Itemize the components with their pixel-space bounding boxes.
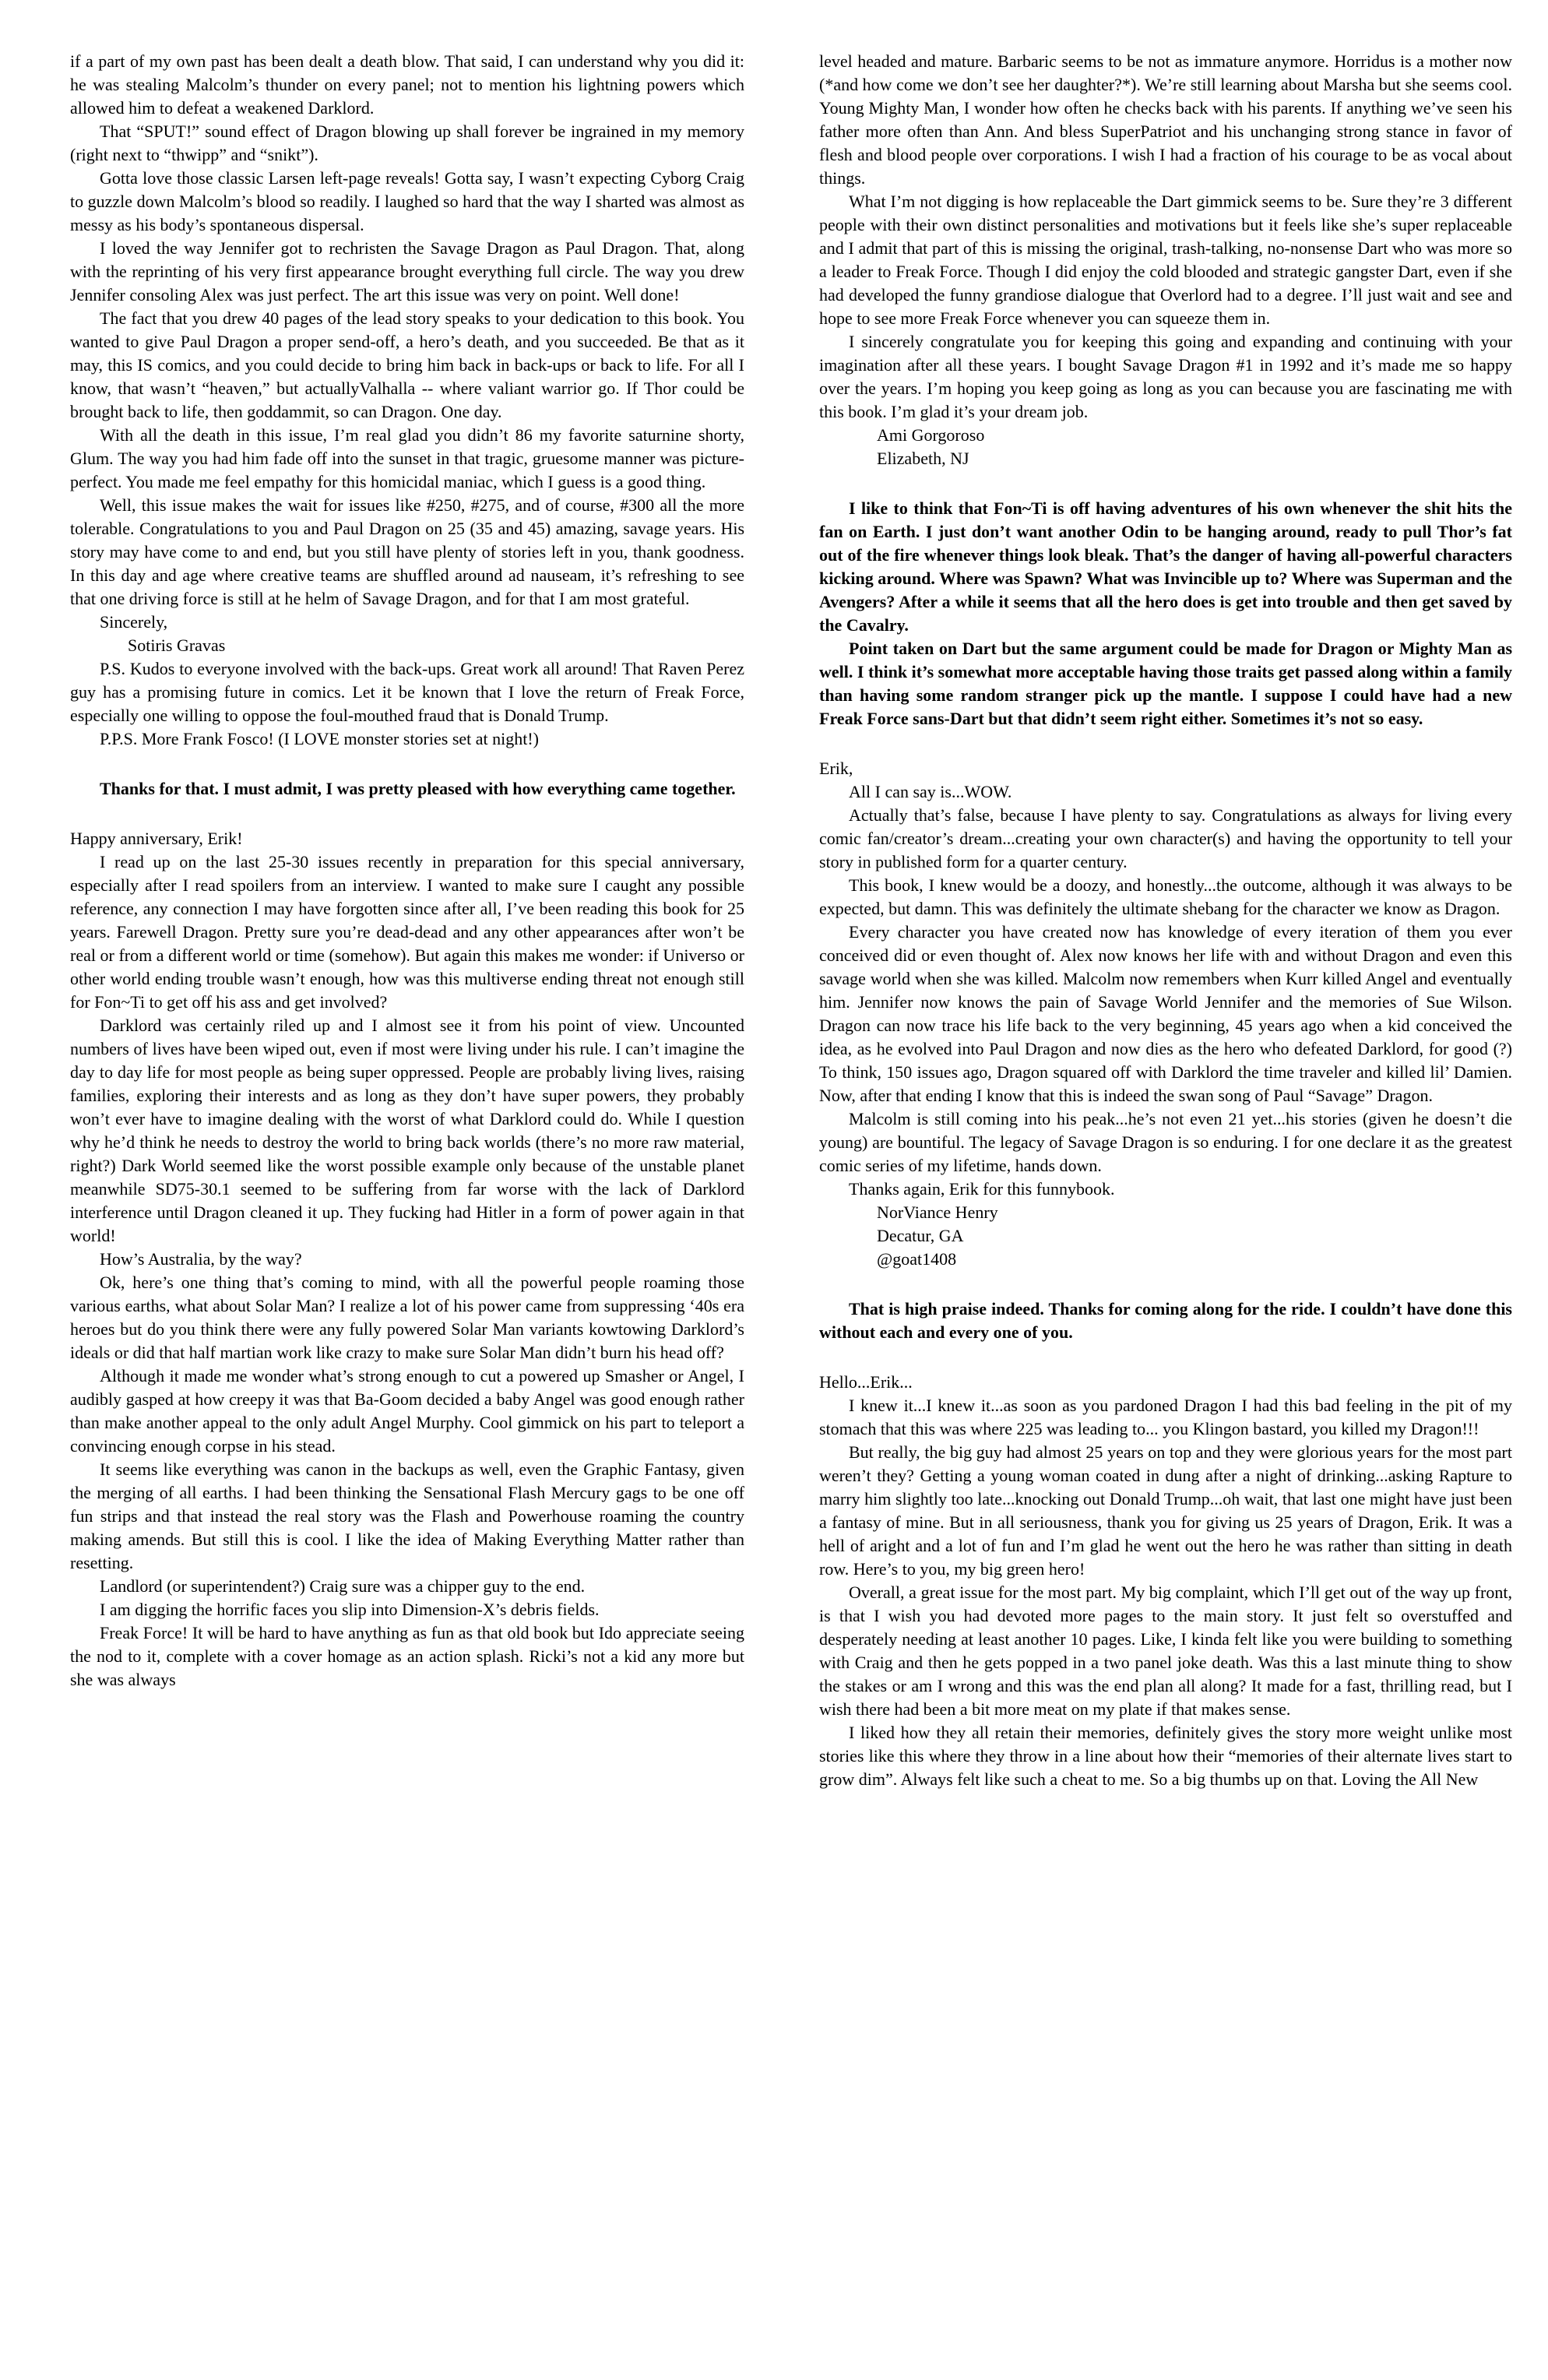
letters-column-left: if a part of my own past has been dealt … — [70, 50, 744, 2380]
letters-column-right: level headed and mature. Barbaric seems … — [819, 50, 1512, 2380]
letter-paragraph: Ok, here’s one thing that’s coming to mi… — [70, 1271, 744, 1364]
signature-line: Ami Gorgoroso — [819, 424, 1512, 447]
signature-line: @goat1408 — [819, 1248, 1512, 1271]
letter-paragraph: Well, this issue makes the wait for issu… — [70, 494, 744, 611]
letter-paragraph: level headed and mature. Barbaric seems … — [819, 50, 1512, 190]
letter-paragraph: I am digging the horrific faces you slip… — [70, 1598, 744, 1621]
letter-paragraph: What I’m not digging is how replaceable … — [819, 190, 1512, 330]
letter-paragraph: All I can say is...WOW. — [819, 780, 1512, 804]
letter-gap — [819, 1344, 1512, 1371]
letter-paragraph: P.S. Kudos to everyone involved with the… — [70, 657, 744, 727]
letter-paragraph: Malcolm is still coming into his peak...… — [819, 1107, 1512, 1178]
letter-paragraph: I read up on the last 25-30 issues recen… — [70, 850, 744, 1014]
letter-paragraph: I liked how they all retain their memori… — [819, 1721, 1512, 1791]
letter-paragraph: Although it made me wonder what’s strong… — [70, 1364, 744, 1458]
letter-paragraph: Overall, a great issue for the most part… — [819, 1581, 1512, 1721]
letter-paragraph: The fact that you drew 40 pages of the l… — [70, 307, 744, 424]
editor-reply-paragraph: Point taken on Dart but the same argumen… — [819, 637, 1512, 731]
letter-paragraph: I sincerely congratulate you for keeping… — [819, 330, 1512, 424]
letter-paragraph: I loved the way Jennifer got to rechrist… — [70, 237, 744, 307]
letter-gap — [819, 1271, 1512, 1297]
letter-paragraph: How’s Australia, by the way? — [70, 1248, 744, 1271]
letter-paragraph: P.P.S. More Frank Fosco! (I LOVE monster… — [70, 727, 744, 751]
letter-paragraph: Thanks again, Erik for this funnybook. — [819, 1178, 1512, 1201]
letter-paragraph: But really, the big guy had almost 25 ye… — [819, 1441, 1512, 1581]
letter-gap — [819, 470, 1512, 497]
letter-paragraph: That “SPUT!” sound effect of Dragon blow… — [70, 120, 744, 167]
letter-paragraph: This book, I knew would be a doozy, and … — [819, 874, 1512, 921]
letter-gap — [70, 801, 744, 827]
letter-paragraph: Every character you have created now has… — [819, 921, 1512, 1107]
signature-line: Sincerely, — [70, 611, 744, 634]
letter-paragraph: I knew it...I knew it...as soon as you p… — [819, 1394, 1512, 1441]
signature-line: Elizabeth, NJ — [819, 447, 1512, 470]
letter-gap — [70, 751, 744, 777]
letter-paragraph: With all the death in this issue, I’m re… — [70, 424, 744, 494]
letter-gap — [819, 731, 1512, 757]
letter-paragraph: Darklord was certainly riled up and I al… — [70, 1014, 744, 1248]
signature-line: NorViance Henry — [819, 1201, 1512, 1224]
editor-reply-paragraph: Thanks for that. I must admit, I was pre… — [70, 777, 744, 801]
letter-paragraph: Hello...Erik... — [819, 1371, 1512, 1394]
letter-paragraph: It seems like everything was canon in th… — [70, 1458, 744, 1575]
letter-paragraph: Landlord (or superintendent?) Craig sure… — [70, 1575, 744, 1598]
letter-paragraph: Freak Force! It will be hard to have any… — [70, 1621, 744, 1692]
letter-paragraph: Actually that’s false, because I have pl… — [819, 804, 1512, 874]
letter-paragraph: Happy anniversary, Erik! — [70, 827, 744, 850]
letters-page: if a part of my own past has been dealt … — [0, 0, 1548, 2380]
editor-reply-paragraph: That is high praise indeed. Thanks for c… — [819, 1297, 1512, 1344]
editor-reply-paragraph: I like to think that Fon~Ti is off havin… — [819, 497, 1512, 637]
signature-line: Decatur, GA — [819, 1224, 1512, 1248]
letter-paragraph: Erik, — [819, 757, 1512, 780]
signature-line: Sotiris Gravas — [70, 634, 744, 657]
letter-paragraph: if a part of my own past has been dealt … — [70, 50, 744, 120]
letter-paragraph: Gotta love those classic Larsen left-pag… — [70, 167, 744, 237]
